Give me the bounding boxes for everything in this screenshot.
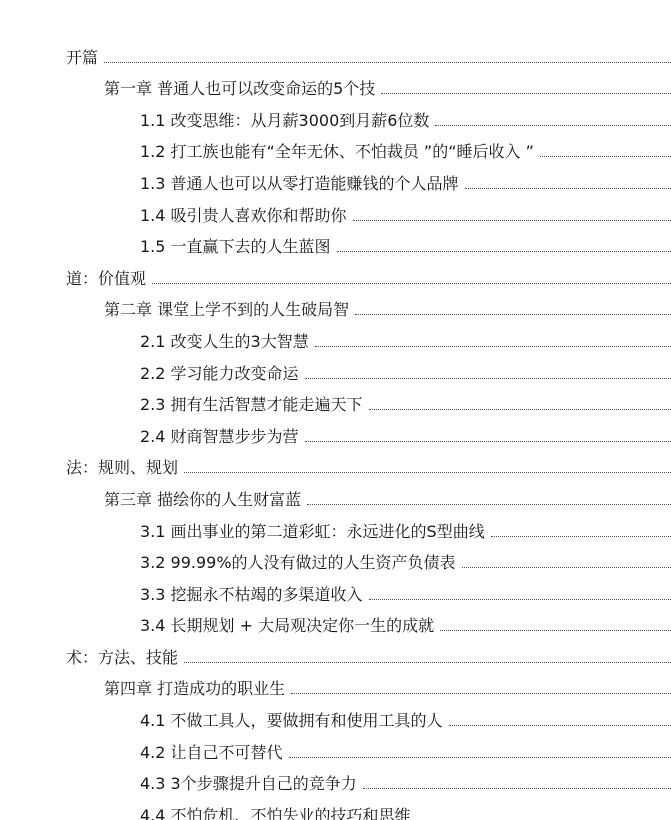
dot-leader	[369, 409, 671, 410]
toc-section-3-3[interactable]: 3.3 挖掘永不枯竭的多渠道收入	[0, 573, 671, 605]
dot-leader	[465, 188, 671, 189]
dot-leader	[337, 251, 671, 252]
toc-entry-text: 4.1 不做工具人，要做拥有和使用工具的人	[140, 711, 449, 731]
dot-leader	[435, 125, 671, 126]
dot-leader	[305, 378, 671, 379]
toc-entry-text: 2.3 拥有生活智慧才能走遍天下	[140, 395, 369, 415]
toc-section-2-3[interactable]: 2.3 拥有生活智慧才能走遍天下	[0, 384, 671, 416]
dot-leader	[289, 757, 671, 758]
toc-entry-text: 第二章 课堂上学不到的人生破局智	[104, 300, 355, 320]
toc-entry-text: 2.4 财商智慧步步为营	[140, 427, 305, 447]
dot-leader	[152, 283, 671, 284]
toc-entry-text: 4.2 让自己不可替代	[140, 743, 289, 763]
toc-section-1-4[interactable]: 1.4 吸引贵人喜欢你和帮助你	[0, 194, 671, 226]
toc-section-4-4[interactable]: 4.4 不怕危机、不怕失业的技巧和思维	[0, 794, 671, 820]
dot-leader	[381, 93, 671, 94]
toc-entry-text: 4.4 不怕危机、不怕失业的技巧和思维	[140, 806, 417, 820]
toc-section-2-1[interactable]: 2.1 改变人生的3大智慧	[0, 320, 671, 352]
toc-chapter-1[interactable]: 第一章 普通人也可以改变命运的5个技	[0, 68, 671, 100]
toc-part-shu[interactable]: 术：方法、技能	[0, 636, 671, 668]
toc-section-1-1[interactable]: 1.1 改变思维：从月薪3000到月薪6位数	[0, 99, 671, 131]
dot-leader	[184, 472, 671, 473]
toc-part-dao[interactable]: 道：价值观	[0, 257, 671, 289]
dot-leader	[355, 314, 671, 315]
toc-section-4-3[interactable]: 4.3 3个步骤提升自己的竞争力	[0, 763, 671, 795]
dot-leader	[363, 788, 671, 789]
toc-section-1-2[interactable]: 1.2 打工族也能有“全年无休、不怕裁员 ”的“睡后收入 ”	[0, 131, 671, 163]
toc-entry-text: 法：规则、规划	[66, 458, 184, 478]
toc-section-3-1[interactable]: 3.1 画出事业的第二道彩虹：永远进化的S型曲线	[0, 510, 671, 542]
toc-section-3-4[interactable]: 3.4 长期规划 + 大局观决定你一生的成就	[0, 605, 671, 637]
toc-entry-text: 1.5 一直赢下去的人生蓝图	[140, 237, 337, 257]
toc-part-opening[interactable]: 开篇	[0, 36, 671, 68]
toc-entry-text: 1.1 改变思维：从月薪3000到月薪6位数	[140, 111, 435, 131]
toc-entry-text: 开篇	[66, 48, 104, 68]
toc-entry-text: 4.3 3个步骤提升自己的竞争力	[140, 774, 363, 794]
toc-part-fa[interactable]: 法：规则、规划	[0, 447, 671, 479]
toc-section-4-2[interactable]: 4.2 让自己不可替代	[0, 731, 671, 763]
dot-leader	[440, 630, 671, 631]
toc-section-4-1[interactable]: 4.1 不做工具人，要做拥有和使用工具的人	[0, 699, 671, 731]
toc-entry-text: 2.2 学习能力改变命运	[140, 364, 305, 384]
dot-leader	[491, 536, 671, 537]
toc-section-3-2[interactable]: 3.2 99.99%的人没有做过的人生资产负债表	[0, 542, 671, 574]
dot-leader	[315, 346, 671, 347]
toc-entry-text: 第一章 普通人也可以改变命运的5个技	[104, 79, 381, 99]
toc-chapter-4[interactable]: 第四章 打造成功的职业生	[0, 668, 671, 700]
toc-entry-text: 3.3 挖掘永不枯竭的多渠道收入	[140, 585, 369, 605]
toc-entry-text: 1.3 普通人也可以从零打造能赚钱的个人品牌	[140, 174, 465, 194]
dot-leader	[369, 599, 671, 600]
toc-chapter-2[interactable]: 第二章 课堂上学不到的人生破局智	[0, 289, 671, 321]
dot-leader	[184, 662, 671, 663]
toc-entry-text: 1.4 吸引贵人喜欢你和帮助你	[140, 206, 353, 226]
dot-leader	[353, 220, 671, 221]
dot-leader	[462, 567, 671, 568]
dot-leader	[104, 62, 671, 63]
dot-leader	[305, 441, 671, 442]
table-of-contents: 开篇 第一章 普通人也可以改变命运的5个技 1.1 改变思维：从月薪3000到月…	[0, 36, 671, 820]
dot-leader	[307, 504, 671, 505]
toc-section-2-4[interactable]: 2.4 财商智慧步步为营	[0, 415, 671, 447]
toc-entry-text: 2.1 改变人生的3大智慧	[140, 332, 315, 352]
toc-section-1-5[interactable]: 1.5 一直赢下去的人生蓝图	[0, 226, 671, 258]
toc-entry-text: 3.4 长期规划 + 大局观决定你一生的成就	[140, 616, 440, 636]
toc-entry-text: 第三章 描绘你的人生财富蓝	[104, 490, 307, 510]
toc-entry-text: 3.1 画出事业的第二道彩虹：永远进化的S型曲线	[140, 522, 491, 542]
toc-section-2-2[interactable]: 2.2 学习能力改变命运	[0, 352, 671, 384]
dot-leader	[449, 725, 671, 726]
toc-entry-text: 道：价值观	[66, 269, 152, 289]
toc-entry-text: 第四章 打造成功的职业生	[104, 679, 291, 699]
dot-leader	[540, 156, 671, 157]
toc-chapter-3[interactable]: 第三章 描绘你的人生财富蓝	[0, 478, 671, 510]
toc-entry-text: 3.2 99.99%的人没有做过的人生资产负债表	[140, 553, 462, 573]
dot-leader	[291, 693, 671, 694]
toc-entry-text: 1.2 打工族也能有“全年无休、不怕裁员 ”的“睡后收入 ”	[140, 142, 540, 162]
toc-section-1-3[interactable]: 1.3 普通人也可以从零打造能赚钱的个人品牌	[0, 162, 671, 194]
toc-entry-text: 术：方法、技能	[66, 648, 184, 668]
